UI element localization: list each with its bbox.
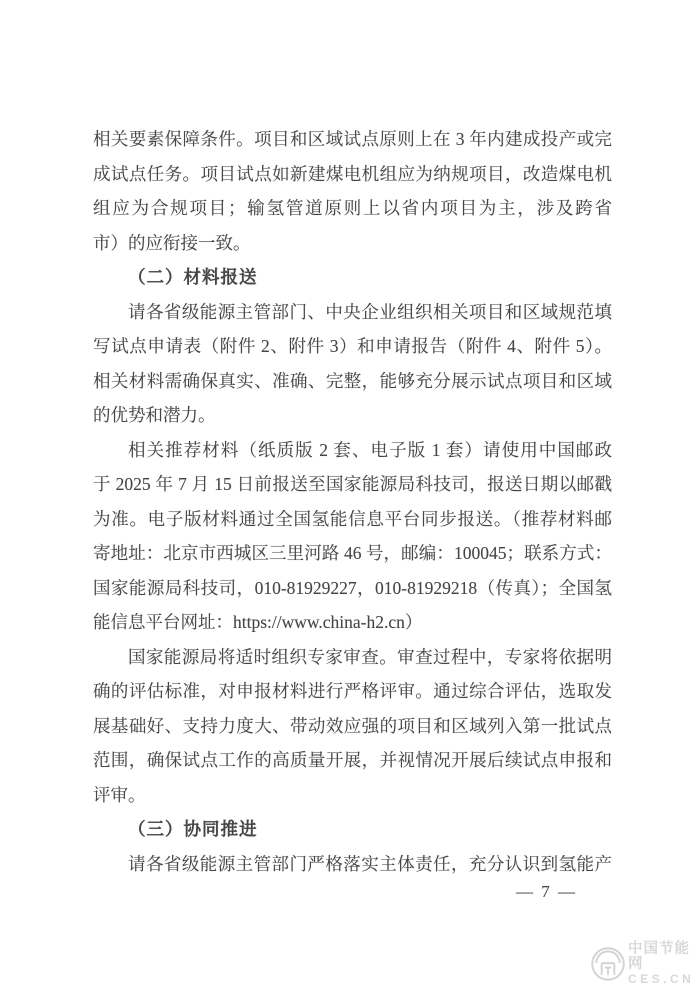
text-line: 的优势和潜力。 [93, 398, 612, 433]
paragraph-application-forms: 请各省级能源主管部门、中央企业组织相关项目和区域规范填 写试点申请表（附件 2、… [93, 295, 612, 433]
text-line: 范围，确保试点工作的高质量开展，并视情况开展后续试点申报和 [93, 743, 612, 778]
paragraph-responsibility: 请各省级能源主管部门严格落实主体责任，充分认识到氢能产 [93, 847, 612, 882]
paragraph-requirements: 相关要素保障条件。项目和区域试点原则上在 3 年内建成投产或完 成试点任务。项目… [93, 122, 612, 260]
text-line: 于 2025 年 7 月 15 日前报送至国家能源局科技司，报送日期以邮戳 [93, 467, 612, 502]
section-heading-material-submission: （二）材料报送 [93, 260, 612, 295]
text-line: 评审。 [93, 778, 612, 813]
page-number: — 7 — [516, 880, 626, 904]
ces-seal-icon [590, 946, 626, 982]
watermark-text: 中国节能网 CES.CN [628, 942, 700, 985]
text-line: 请各省级能源主管部门、中央企业组织相关项目和区域规范填 [93, 295, 612, 330]
text-line: 能信息平台网址：https://www.china-h2.cn） [93, 605, 612, 640]
text-line: 相关材料需确保真实、准确、完整，能够充分展示试点项目和区域 [93, 364, 612, 399]
paragraph-expert-review: 国家能源局将适时组织专家审查。审查过程中，专家将依据明 确的评估标准，对申报材料… [93, 640, 612, 813]
text-line: 寄地址：北京市西城区三里河路 46 号，邮编：100045；联系方式： [93, 536, 612, 571]
text-line: 确的评估标准，对申报材料进行严格评审。通过综合评估，选取发 [93, 674, 612, 709]
watermark-site-name: 中国节能网 [628, 942, 700, 971]
text-line: 相关推荐材料（纸质版 2 套、电子版 1 套）请使用中国邮政 EMS [93, 433, 612, 468]
text-line: 国家能源局将适时组织专家审查。审查过程中，专家将依据明 [93, 640, 612, 675]
text-line: 为准。电子版材料通过全国氢能信息平台同步报送。（推荐材料邮 [93, 502, 612, 537]
watermark: 中国节能网 CES.CN [590, 942, 700, 985]
text-line: 相关要素保障条件。项目和区域试点原则上在 3 年内建成投产或完 [93, 122, 612, 157]
text-line: 展基础好、支持力度大、带动效应强的项目和区域列入第一批试点 [93, 709, 612, 744]
text-line: 组应为合规项目；输氢管道原则上以省内项目为主，涉及跨省（区、 [93, 191, 612, 226]
watermark-site-domain: CES.CN [628, 973, 700, 985]
body-text: 相关要素保障条件。项目和区域试点原则上在 3 年内建成投产或完 成试点任务。项目… [93, 122, 612, 881]
paragraph-mailing-instructions: 相关推荐材料（纸质版 2 套、电子版 1 套）请使用中国邮政 EMS 于 202… [93, 433, 612, 640]
document-page: 相关要素保障条件。项目和区域试点原则上在 3 年内建成投产或完 成试点任务。项目… [0, 0, 700, 990]
text-line: 请各省级能源主管部门严格落实主体责任，充分认识到氢能产 [93, 847, 612, 882]
text-line: 市）的应衔接一致。 [93, 226, 612, 261]
text-line: 国家能源局科技司，010-81929227，010-81929218（传真）；全… [93, 571, 612, 606]
section-heading-coordinated-advancement: （三）协同推进 [93, 812, 612, 847]
text-line: 写试点申请表（附件 2、附件 3）和申请报告（附件 4、附件 5）。 [93, 329, 612, 364]
text-line: 成试点任务。项目试点如新建煤电机组应为纳规项目，改造煤电机 [93, 157, 612, 192]
